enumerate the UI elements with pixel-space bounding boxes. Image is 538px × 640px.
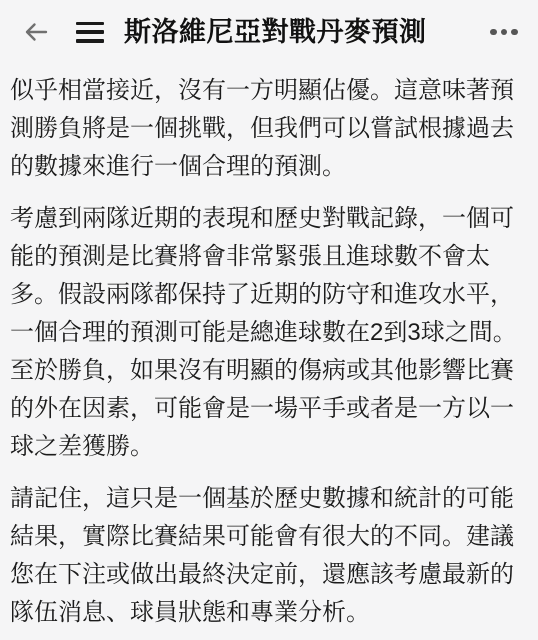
header: 斯洛維尼亞對戰丹麥預測 [0,0,538,64]
ellipsis-icon [490,29,517,35]
hamburger-icon [76,22,104,43]
article-body: 似乎相當接近，沒有一方明顯佔優。這意味著預測勝負將是一個挑戰，但我們可以嘗試根據… [0,64,538,632]
paragraph: 請記住，這只是一個基於歷史數據和統計的可能結果，實際比賽結果可能會有很大的不同。… [10,480,528,632]
menu-button[interactable] [75,18,105,46]
paragraph: 似乎相當接近，沒有一方明顯佔優。這意味著預測勝負將是一個挑戰，但我們可以嘗試根據… [10,72,528,186]
paragraph: 考慮到兩隊近期的表現和歷史對戰記錄，一個可能的預測是比賽將會非常緊張且進球數不會… [10,200,528,466]
back-arrow-icon [22,18,50,46]
more-options-button[interactable] [489,18,519,46]
page-title: 斯洛維尼亞對戰丹麥預測 [124,19,427,46]
back-button[interactable] [22,18,50,46]
